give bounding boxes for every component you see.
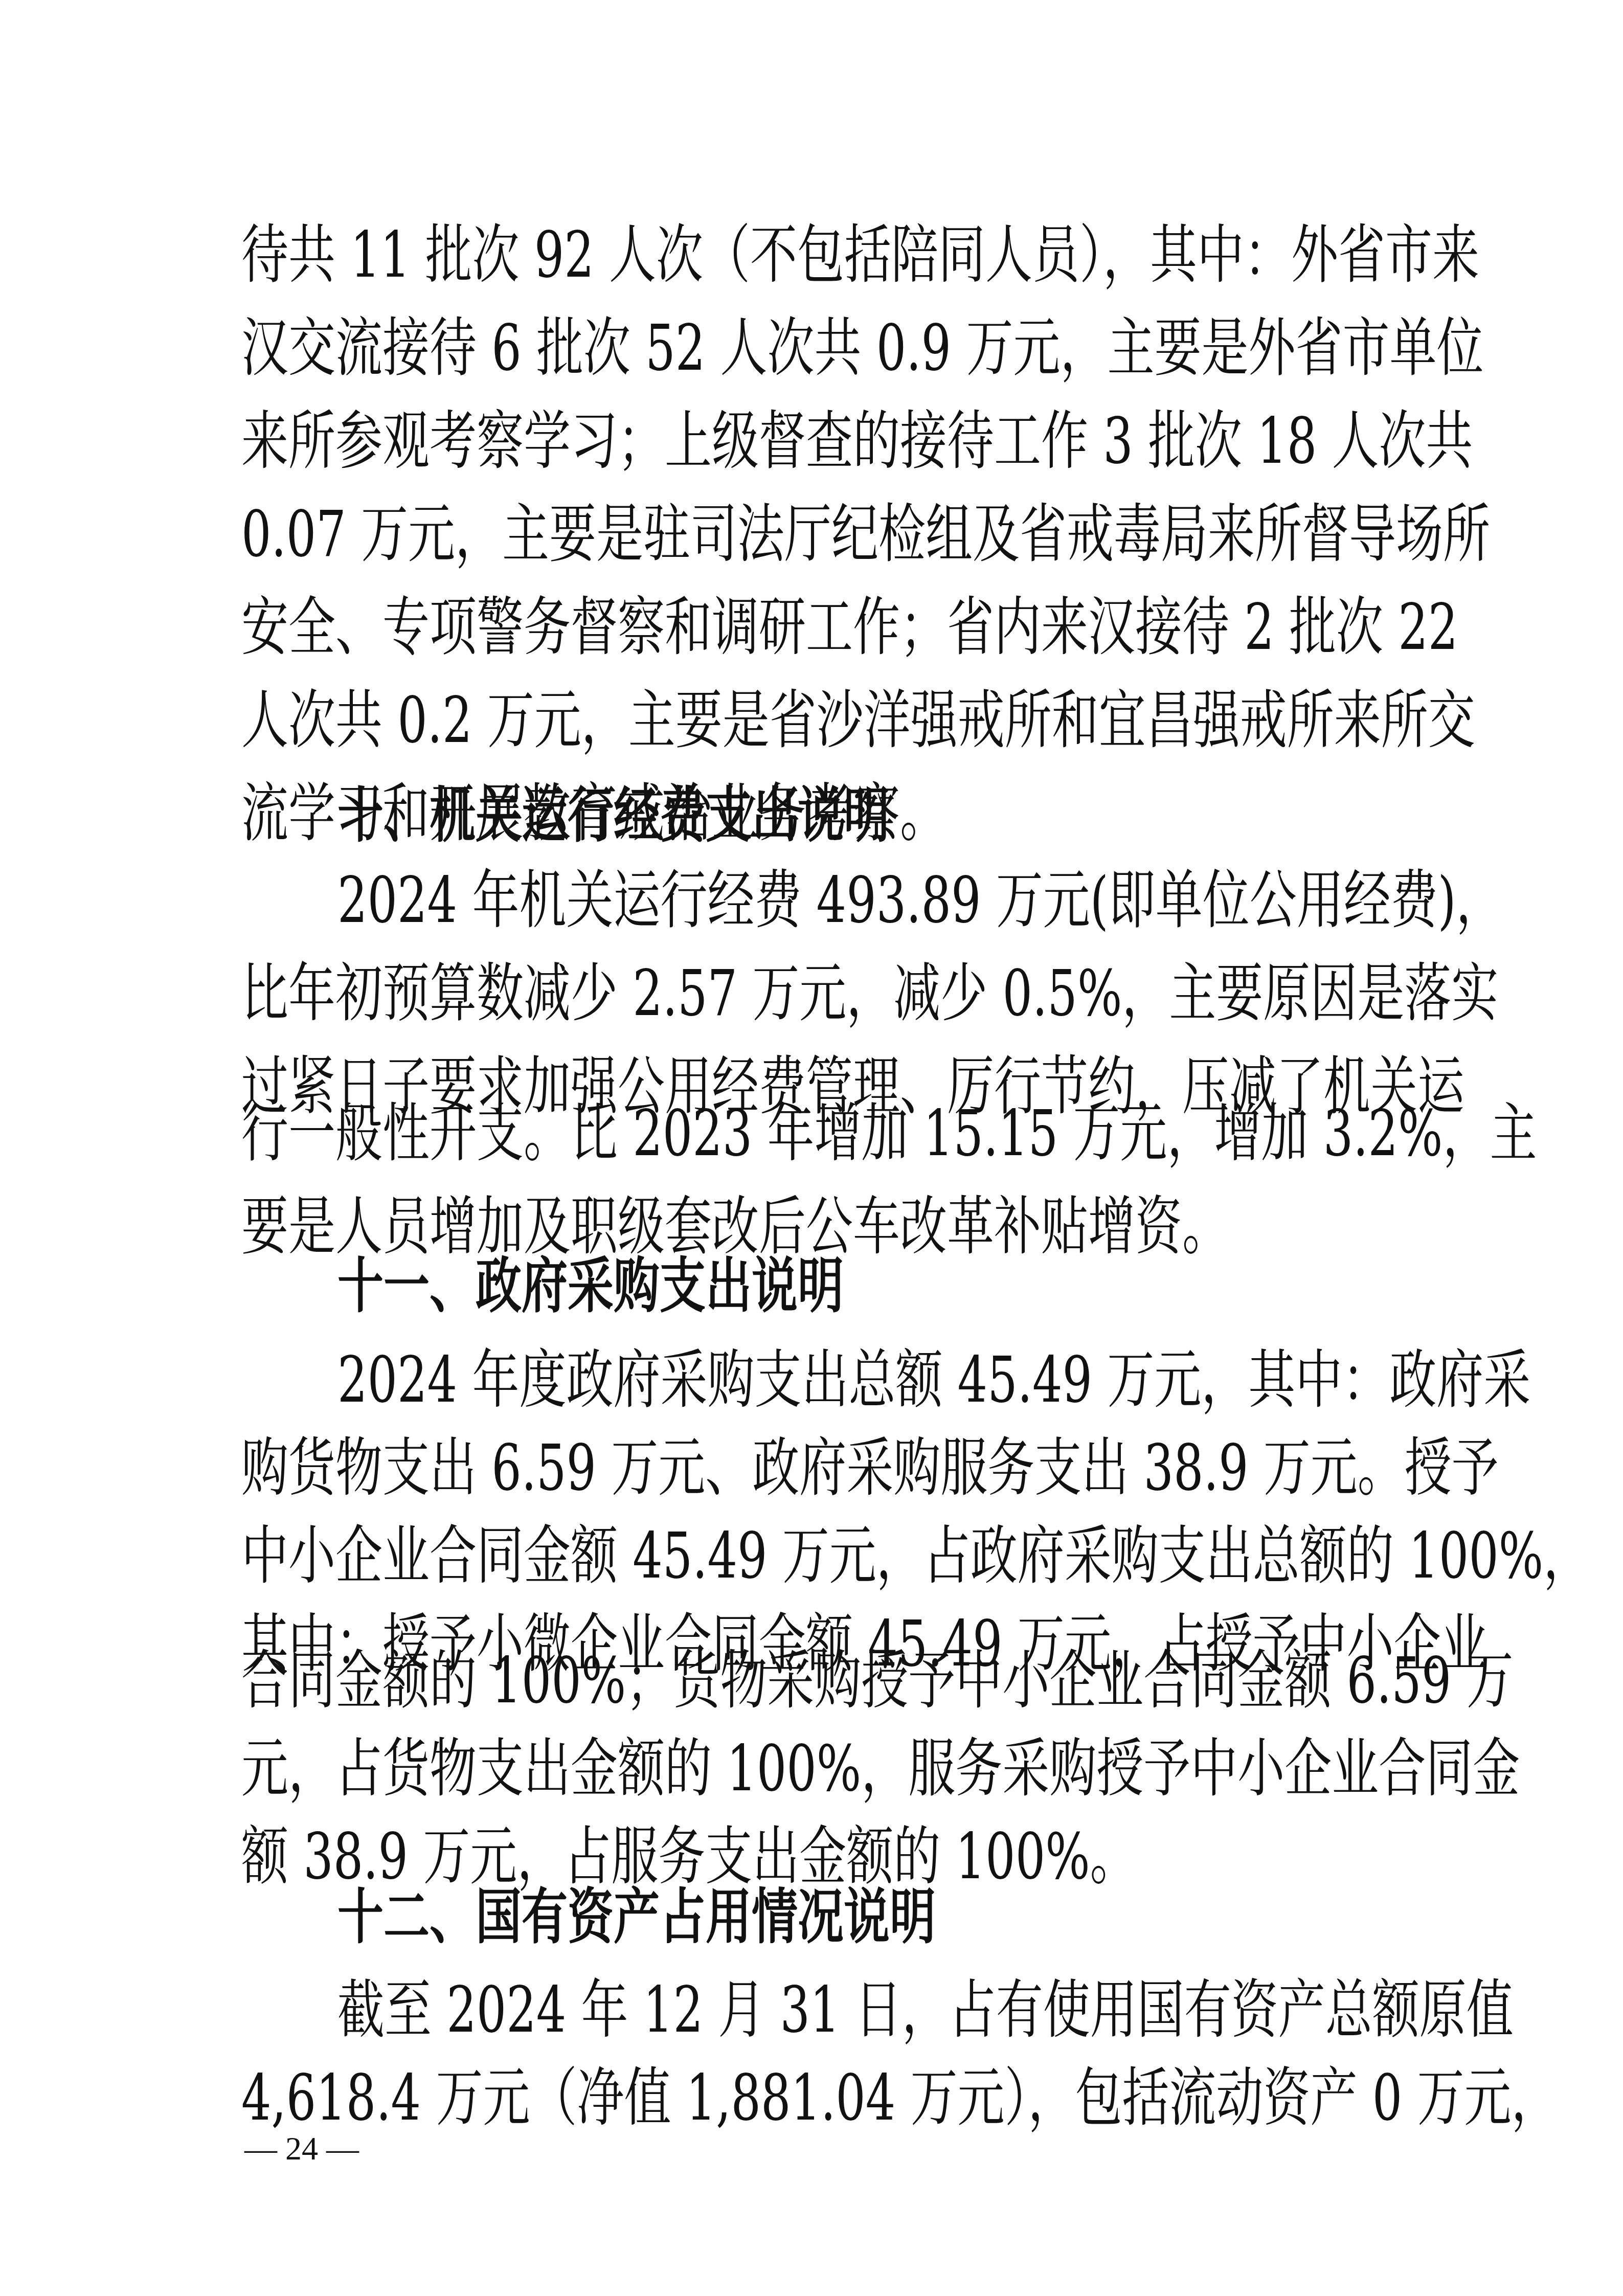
paragraph-line: 安全、专项警务督察和调研工作；省内来汉接待 2 批次 22 [241, 586, 1387, 669]
paragraph-line: 合同金额的 100%；货物采购授予中小企业合同金额 6.59 万 [241, 1639, 1387, 1722]
paragraph-line: 2024 年度政府采购支出总额 45.49 万元，其中：政府采 [337, 1339, 1387, 1422]
paragraph-line: 待共 11 批次 92 人次（不包括陪同人员），其中：外省市来 [241, 214, 1387, 297]
section-heading-state-assets: 十二、国有资产占用情况说明 [337, 1878, 936, 1957]
document-page: 待共 11 批次 92 人次（不包括陪同人员），其中：外省市来 汉交流接待 6 … [0, 0, 1623, 2296]
paragraph-line: 0.07 万元，主要是驻司法厅纪检组及省戒毒局来所督导场所 [241, 493, 1387, 576]
paragraph-line: 人次共 0.2 万元，主要是省沙洋强戒所和宜昌强戒所来所交 [241, 679, 1387, 762]
paragraph-line: 截至 2024 年 12 月 31 日，占有使用国有资产总额原值 [337, 1969, 1387, 2052]
paragraph-line: 汉交流接待 6 批次 52 人次共 0.9 万元，主要是外省市单位 [241, 307, 1387, 390]
paragraph-line: 4,618.4 万元（净值 1,881.04 万元），包括流动资产 0 万元， [241, 2057, 1387, 2140]
paragraph-line: 中小企业合同金额 45.49 万元，占政府采购支出总额的 100%， [241, 1515, 1387, 1597]
section-heading-operating-expenses: 十、机关运行经费支出说明 [337, 776, 890, 856]
section-heading-procurement: 十一、政府采购支出说明 [337, 1247, 844, 1326]
page-number: — 24 — [244, 2128, 359, 2169]
paragraph-line: 比年初预算数减少 2.57 万元，减少 0.5%，主要原因是落实 [241, 952, 1387, 1035]
paragraph-line: 2024 年机关运行经费 493.89 万元(即单位公用经费)， [337, 859, 1387, 942]
paragraph-line: 元，占货物支出金额的 100%，服务采购授予中小企业合同金 [241, 1727, 1387, 1810]
paragraph-line: 行一般性开支。比 2023 年增加 15.15 万元，增加 3.2%，主 [241, 1092, 1387, 1175]
paragraph-line: 来所参观考察学习；上级督查的接待工作 3 批次 18 人次共 [241, 400, 1387, 483]
paragraph-line: 购货物支出 6.59 万元、政府采购服务支出 38.9 万元。授予 [241, 1427, 1387, 1510]
